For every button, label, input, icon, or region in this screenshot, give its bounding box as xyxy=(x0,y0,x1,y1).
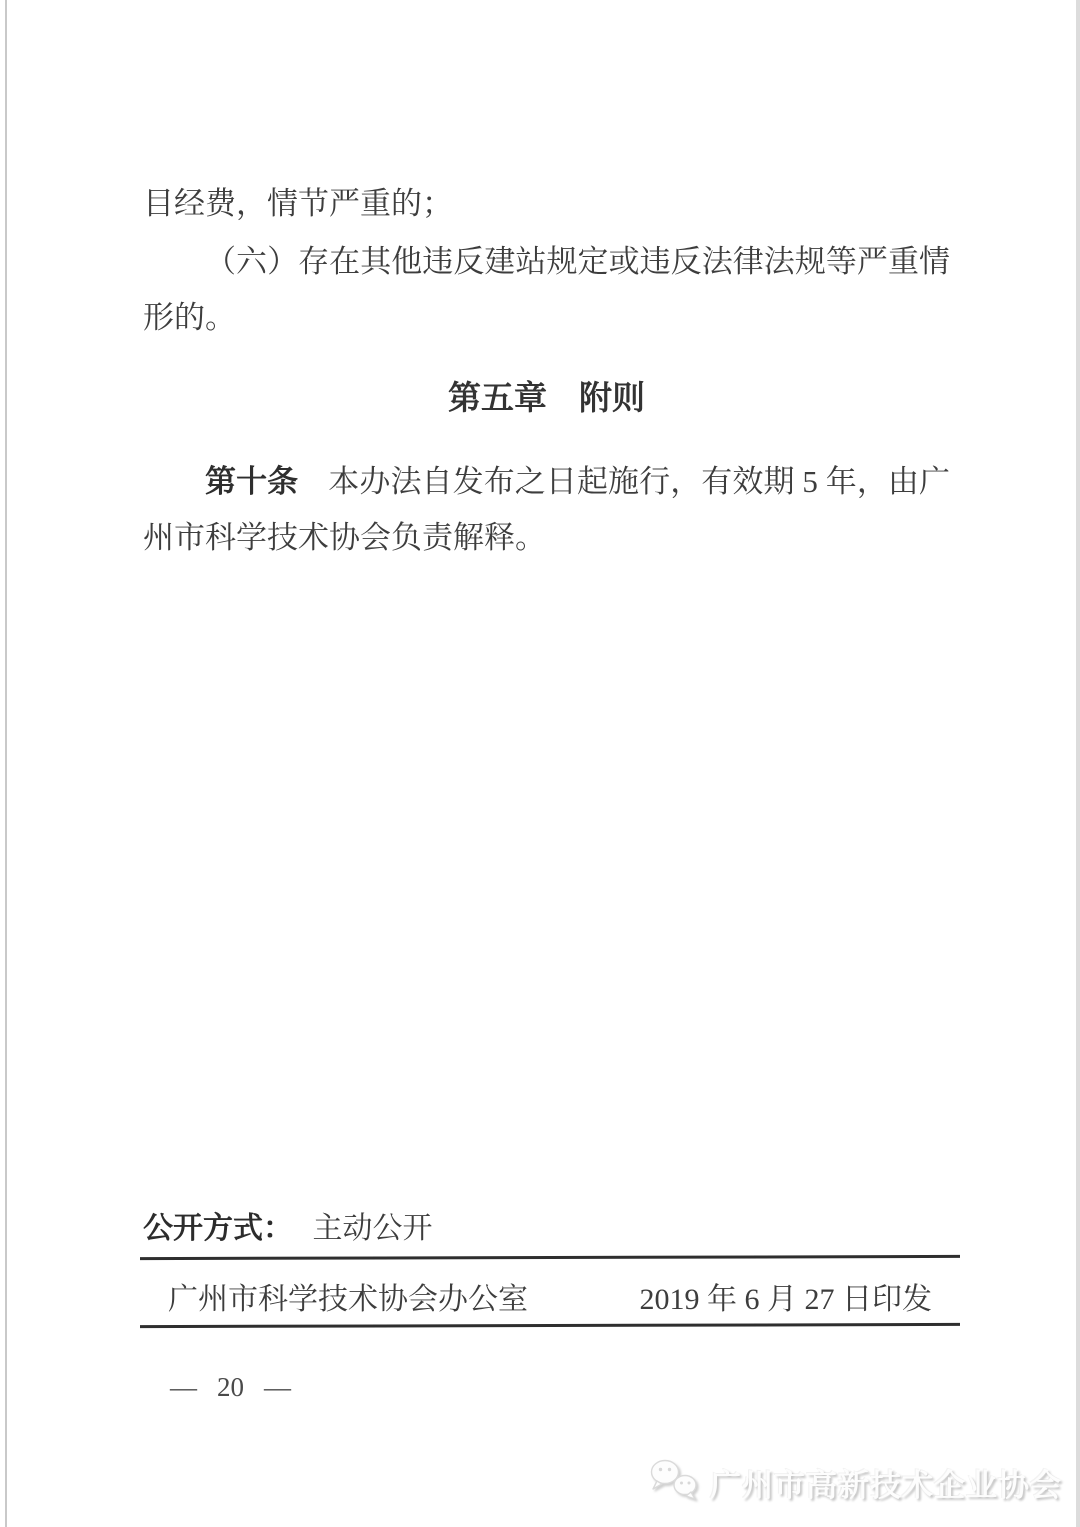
page-number-dash-right: — xyxy=(264,1372,291,1402)
chapter-number: 第五章 xyxy=(448,380,547,418)
article-ten-line-1: 第十条本办法自发布之日起施行，有效期 5 年，由广 xyxy=(205,464,950,500)
page-number-dash-left: — xyxy=(170,1372,197,1402)
page-number-value: 20 xyxy=(217,1372,244,1402)
chapter-heading: 第五章 附则 xyxy=(143,380,950,418)
wechat-logo-icon xyxy=(648,1456,702,1509)
scan-edge-right xyxy=(1076,0,1080,1527)
body-line-item-six: （六）存在其他违反建站规定或违反法律法规等严重情 xyxy=(205,244,950,280)
document-page: 目经费，情节严重的； （六）存在其他违反建站规定或违反法律法规等严重情 形的。 … xyxy=(0,0,1080,1527)
page-number: — 20 — xyxy=(170,1372,291,1402)
chapter-title: 附则 xyxy=(579,380,645,418)
publicity-line: 公开方式： 主动公开 xyxy=(143,1210,433,1248)
body-line-item-six-end: 形的。 xyxy=(143,300,950,336)
footer-divider-top xyxy=(140,1255,960,1260)
scan-edge-left xyxy=(5,0,7,1527)
watermark: 广州市高新技术企业协会 xyxy=(648,1456,1062,1509)
article-ten-label: 第十条 xyxy=(205,464,298,499)
publicity-method-label: 公开方式： xyxy=(143,1212,293,1245)
article-ten-text: 本办法自发布之日起施行，有效期 5 年，由广 xyxy=(328,464,950,499)
body-line-continuation: 目经费，情节严重的； xyxy=(143,186,950,222)
issuer-office: 广州市科学技术协会办公室 xyxy=(168,1274,528,1318)
print-date: 2019 年 6 月 27 日印发 xyxy=(640,1274,933,1318)
footer-divider-bottom xyxy=(140,1323,960,1328)
publicity-method-value: 主动公开 xyxy=(313,1212,433,1245)
article-ten-line-2: 州市科学技术协会负责解释。 xyxy=(143,520,950,556)
watermark-text: 广州市高新技术企业协会 xyxy=(710,1460,1062,1505)
issuer-row: 广州市科学技术协会办公室 2019 年 6 月 27 日印发 xyxy=(168,1276,932,1316)
